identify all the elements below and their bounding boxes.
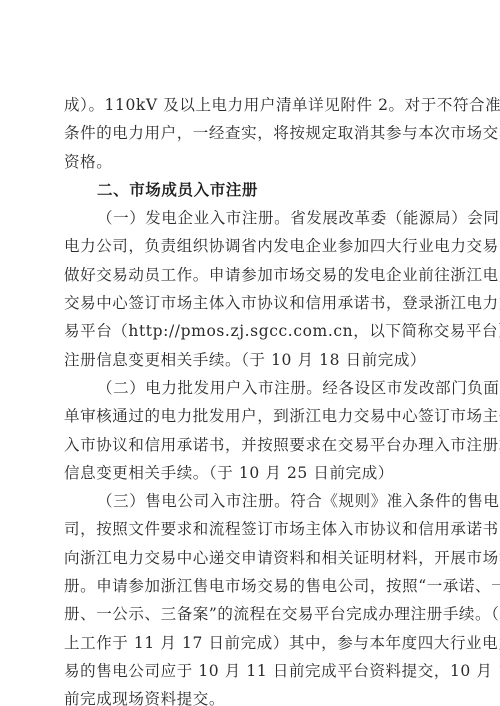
document-page: 成）。110kV 及以上电力用户清单详见附件 2。对于不符合准入 条件的电力用户… — [64, 91, 438, 706]
text-line: 注册信息变更相关手续。（于 10 月 18 日前完成） — [64, 346, 438, 374]
text-line: 上工作于 11 月 17 日前完成）其中，参与本年度四大行业电力交 — [64, 629, 438, 657]
text-line: 司，按照文件要求和流程签订市场主体入市协议和信用承诺书， — [64, 515, 438, 543]
text-line: 入市协议和信用承诺书，并按照要求在交易平台办理入市注册或 — [64, 431, 438, 459]
text-line: 信息变更相关手续。（于 10 月 25 日前完成） — [64, 459, 438, 487]
text-line: 成）。110kV 及以上电力用户清单详见附件 2。对于不符合准入 — [64, 91, 438, 119]
text-line: 易平台（http://pmos.zj.sgcc.com.cn，以下简称交易平台）… — [64, 317, 438, 345]
text-line: 资格。 — [64, 148, 438, 176]
paragraph-start-line: （三）售电公司入市注册。符合《规则》准入条件的售电公 — [64, 487, 438, 515]
text-line: 前完成现场资料提交。 — [64, 685, 438, 706]
text-line: 单审核通过的电力批发用户，到浙江电力交易中心签订市场主体 — [64, 402, 438, 430]
text-line: 册、一公示、三备案”的流程在交易平台完成办理注册手续。（以 — [64, 600, 438, 628]
text-line: 电力公司，负责组织协调省内发电企业参加四大行业电力交易， — [64, 232, 438, 260]
text-line: 交易中心签订市场主体入市协议和信用承诺书，登录浙江电力交 — [64, 289, 438, 317]
section-heading: 二、市场成员入市注册 — [64, 176, 438, 204]
text-line: 易的售电公司应于 10 月 11 日前完成平台资料提交，10 月 16 日 — [64, 657, 438, 685]
paragraph-start-line: （二）电力批发用户入市注册。经各设区市发改部门负面清 — [64, 374, 438, 402]
paragraph-start-line: （一）发电企业入市注册。省发展改革委（能源局）会同省 — [64, 204, 438, 232]
text-line: 向浙江电力交易中心递交申请资料和相关证明材料，开展市场注 — [64, 544, 438, 572]
text-line: 册。申请参加浙江售电市场交易的售电公司，按照“一承诺、一注 — [64, 572, 438, 600]
text-line: 做好交易动员工作。申请参加市场交易的发电企业前往浙江电力 — [64, 261, 438, 289]
text-line: 条件的电力用户，一经查实，将按规定取消其参与本次市场交易 — [64, 119, 438, 147]
